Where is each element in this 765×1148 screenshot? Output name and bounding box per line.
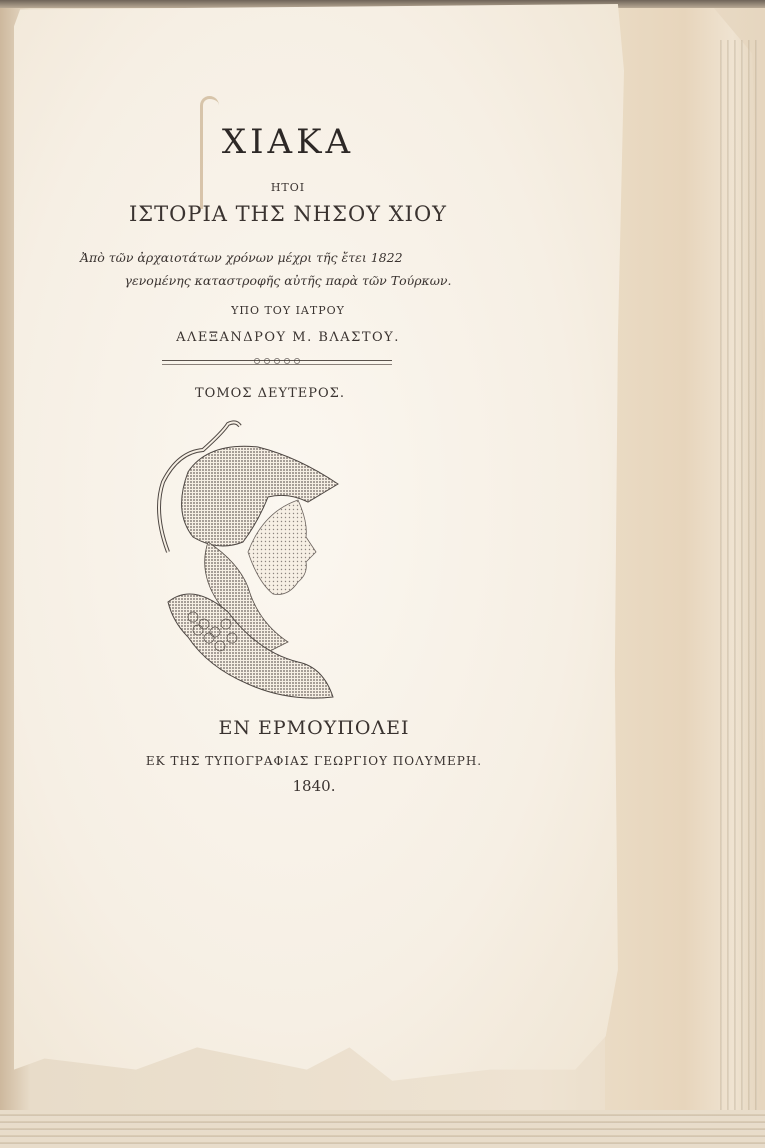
page-stack-bottom — [0, 1110, 765, 1148]
description-line-1: Ἀπὸ τῶν ἀρχαιοτάτων χρόνων μέχρι τῆς ἔτε… — [80, 250, 480, 265]
publication-year: 1840. — [14, 777, 614, 795]
volume-label: ΤΟΜΟΣ ΔΕΥΤΕΡΟΣ. — [14, 386, 526, 401]
author-name: ΑΛΕΞΑΝΔΡΟΥ Μ. ΒΛΑΣΤΟΥ. — [14, 330, 562, 345]
by-line: ΥΠΟ ΤΟΥ ΙΑΤΡΟΥ — [14, 304, 562, 317]
rule-chain-ornament — [252, 356, 304, 366]
helmeted-athena-head-icon — [148, 412, 348, 702]
printer-line: ΕΚ ΤΗΣ ΤΥΠΟΓΡΑΦΙΑΣ ΓΕΩΡΓΙΟΥ ΠΟΛΥΜΕΡΗ. — [14, 754, 614, 768]
conjunction: ΗΤΟΙ — [14, 181, 562, 194]
book-title: ΧΙΑΚΑ — [14, 122, 562, 162]
publication-place: ΕΝ ΕΡΜΟΥΠΟΛΕΙ — [14, 717, 614, 739]
description-line-2: γενομένης καταστροφῆς αὐτῆς παρὰ τῶν Τού… — [14, 273, 562, 288]
torn-leaf-edges — [715, 40, 760, 1120]
title-page-content: ΧΙΑΚΑ ΗΤΟΙ ΙΣΤΟΡΙΑ ΤΗΣ ΝΗΣΟΥ ΧΙΟΥ Ἀπὸ τῶ… — [14, 0, 624, 1110]
book-subtitle: ΙΣΤΟΡΙΑ ΤΗΣ ΝΗΣΟΥ ΧΙΟΥ — [14, 202, 562, 226]
